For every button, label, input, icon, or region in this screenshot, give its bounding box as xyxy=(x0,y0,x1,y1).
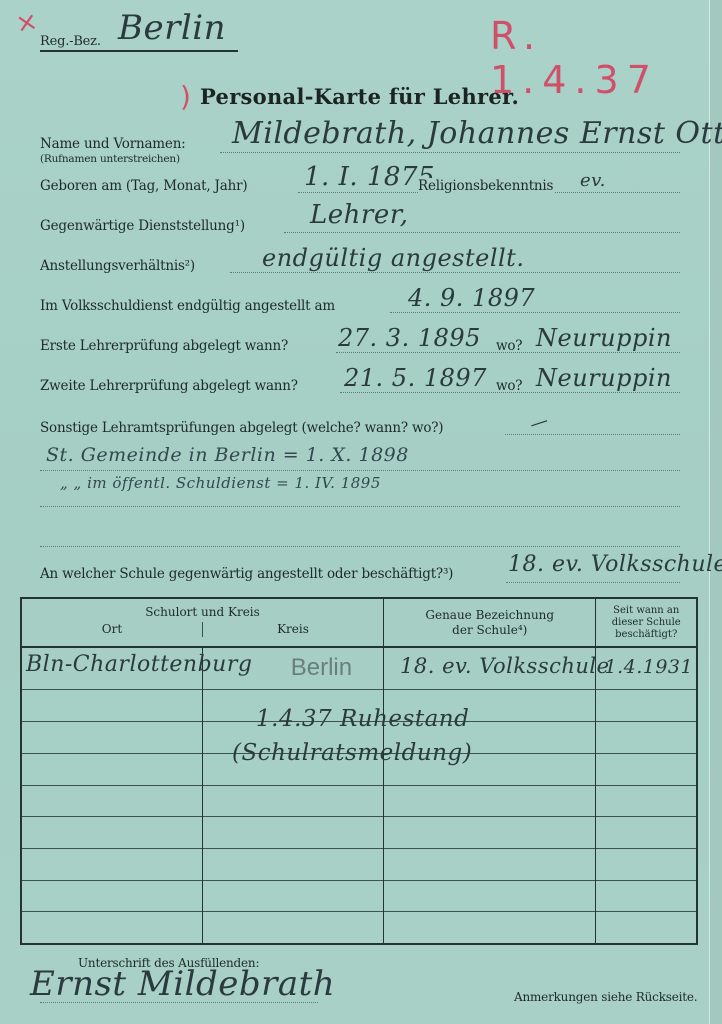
cell-school: 18. ev. Volksschule xyxy=(384,647,596,690)
header-school-line2: der Schule⁴) xyxy=(384,623,595,638)
second-exam-date: 21. 5. 1897 xyxy=(344,364,487,392)
other-exams-line3-dots xyxy=(40,546,680,547)
reg-bez-label: Reg.-Bez. xyxy=(40,34,101,49)
table-row xyxy=(21,848,697,880)
first-exam-label: Erste Lehrerprüfung abgelegt wann? xyxy=(40,338,288,354)
name-dotted-line xyxy=(220,152,680,153)
position-dotted-line xyxy=(284,232,680,233)
position-value: Lehrer, xyxy=(310,200,409,230)
other-exams-line1: St. Gemeinde in Berlin = 1. X. 1898 xyxy=(46,444,409,466)
header-since: Seit wann an dieser Schule beschäftigt? xyxy=(596,598,697,647)
school-value: 18. ev. Volksschule xyxy=(400,654,610,678)
employment-value: endgültig angestellt. xyxy=(262,244,524,272)
final-employment-label: Im Volksschuldienst endgültig angestellt… xyxy=(40,298,335,314)
header-ort: Ort xyxy=(22,622,203,637)
cell-kreis: Berlin xyxy=(202,647,383,690)
other-exams-label: Sonstige Lehramtsprüfungen abgelegt (wel… xyxy=(40,420,443,436)
header-kreis: Kreis xyxy=(203,622,383,637)
employment-label: Anstellungsverhältnis²) xyxy=(40,258,195,274)
other-exams-line2-dots xyxy=(40,506,680,507)
header-school-name: Genaue Bezeichnung der Schule⁴) xyxy=(384,598,596,647)
red-cross-mark: × xyxy=(14,6,41,39)
card-title: Personal-Karte für Lehrer. xyxy=(200,84,519,109)
born-value: 1. I. 1875 xyxy=(304,162,435,192)
cell-ort: Bln-Charlottenburg xyxy=(21,647,202,690)
table-row xyxy=(21,880,697,912)
name-label: Name und Vornamen: xyxy=(40,136,186,152)
employment-dotted-line xyxy=(230,272,680,273)
header-since-line1: Seit wann an xyxy=(596,605,696,617)
second-exam-label: Zweite Lehrerprüfung abgelegt wann? xyxy=(40,378,298,394)
kreis-stamp: Berlin xyxy=(291,654,352,682)
religion-value: ev. xyxy=(580,170,606,191)
reg-bez-value: Berlin xyxy=(118,8,226,48)
other-exams-dotted-line xyxy=(505,434,680,435)
current-school-label: An welcher Schule gegenwärtig angestellt… xyxy=(40,566,453,582)
born-label: Geboren am (Tag, Monat, Jahr) xyxy=(40,178,247,194)
first-exam-where-label: wo? xyxy=(496,338,522,354)
name-sublabel: (Rufnamen unterstreichen) xyxy=(40,153,180,165)
header-schulort-kreis: Schulort und Kreis Ort Kreis xyxy=(21,598,384,647)
first-exam-date: 27. 3. 1895 xyxy=(338,324,481,352)
red-title-mark: ) xyxy=(180,80,191,113)
header-since-line3: beschäftigt? xyxy=(596,629,696,641)
card-edge-line xyxy=(709,0,710,1024)
red-retirement-annotation: R. 1.4.37 xyxy=(490,14,722,102)
cell-since: 1.4.1931 xyxy=(596,647,697,690)
final-employment-value: 4. 9. 1897 xyxy=(408,284,535,312)
table-row xyxy=(21,817,697,849)
table-row xyxy=(21,785,697,817)
name-value: Mildebrath, Johannes Ernst Otto xyxy=(232,116,722,151)
position-label: Gegenwärtige Dienststellung¹) xyxy=(40,218,245,234)
retirement-note-line2: (Schulratsmeldung) xyxy=(232,740,472,766)
current-school-dotted-line xyxy=(506,582,680,583)
personnel-card: × Reg.-Bez. Berlin R. 1.4.37 ) Personal-… xyxy=(0,0,722,1024)
notes-reference: Anmerkungen siehe Rückseite. xyxy=(514,990,697,1004)
final-employment-dotted-line xyxy=(390,312,680,313)
signature-value: Ernst Mildebrath xyxy=(30,964,335,1004)
school-history-table: Schulort und Kreis Ort Kreis Genaue Beze… xyxy=(20,597,698,945)
other-exams-line1-dots xyxy=(40,470,680,471)
header-school-line1: Genaue Bezeichnung xyxy=(384,608,595,623)
second-exam-where: Neuruppin xyxy=(536,364,672,392)
table-row xyxy=(21,912,697,944)
table-row: Bln-Charlottenburg Berlin 18. ev. Volkss… xyxy=(21,647,697,690)
retirement-note-line1: 1.4.37 Ruhestand xyxy=(256,706,469,732)
since-value: 1.4.1931 xyxy=(604,656,693,678)
reg-bez-underline xyxy=(40,50,238,52)
header-group-label: Schulort und Kreis xyxy=(22,605,383,620)
card-right-margin xyxy=(710,0,722,1024)
header-since-line2: dieser Schule xyxy=(596,617,696,629)
second-exam-where-label: wo? xyxy=(496,378,522,394)
other-exams-dash: — xyxy=(527,410,551,436)
first-exam-where: Neuruppin xyxy=(536,324,672,352)
table-header-row: Schulort und Kreis Ort Kreis Genaue Beze… xyxy=(21,598,697,647)
religion-label: Religionsbekenntnis xyxy=(418,178,555,194)
other-exams-line2: „ „ im öffentl. Schuldienst = 1. IV. 189… xyxy=(60,474,381,492)
current-school-value: 18. ev. Volksschule xyxy=(508,552,722,577)
